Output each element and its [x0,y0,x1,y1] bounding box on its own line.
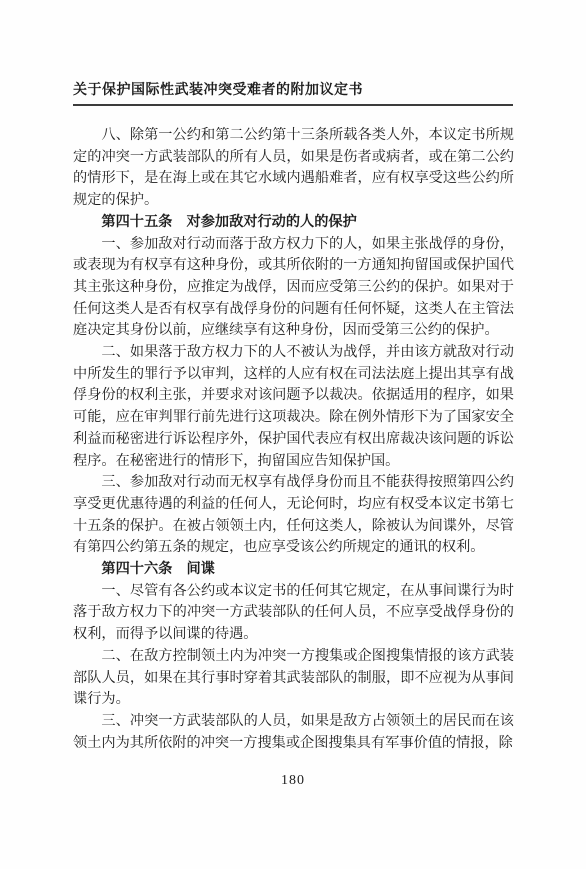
paragraph-46-3: 三、冲突一方武装部队的人员，如果是敌方占领领土的居民而在该领土内为其所依附的冲突… [73,711,514,754]
paragraph-46-1: 一、尽管有各公约或本议定书的任何其它规定，在从事间谍行为时落于敌方权力下的冲突一… [73,581,514,646]
header-rule [73,104,513,106]
paragraph-45-1: 一、参加敌对行动而落于敌方权力下的人，如果主张战俘的身份，或表现为有权享有这种身… [73,234,514,343]
document-body: 八、除第一公约和第二公约第十三条所载各类人外，本议定书所规定的冲突一方武装部队的… [73,125,514,754]
page-number: 180 [0,773,586,789]
document-page: 关于保护国际性武装冲突受难者的附加议定书 八、除第一公约和第二公约第十三条所载各… [0,0,586,869]
article-heading-45: 第四十五条 对参加敌对行动的人的保护 [73,212,514,234]
paragraph-46-2: 二、在敌方控制领土内为冲突一方搜集或企图搜集情报的该方武装部队人员，如果在其行事… [73,646,514,711]
article-heading-46: 第四十六条 间谍 [73,559,514,581]
running-head: 关于保护国际性武装冲突受难者的附加议定书 [73,79,513,99]
paragraph-45-2: 二、如果落于敌方权力下的人不被认为战俘，并由该方就敌对行动中所发生的罪行予以审判… [73,342,514,472]
paragraph-8: 八、除第一公约和第二公约第十三条所载各类人外，本议定书所规定的冲突一方武装部队的… [73,125,514,212]
paragraph-45-3: 三、参加敌对行动而无权享有战俘身份而且不能获得按照第四公约享受更优惠待遇的利益的… [73,472,514,559]
